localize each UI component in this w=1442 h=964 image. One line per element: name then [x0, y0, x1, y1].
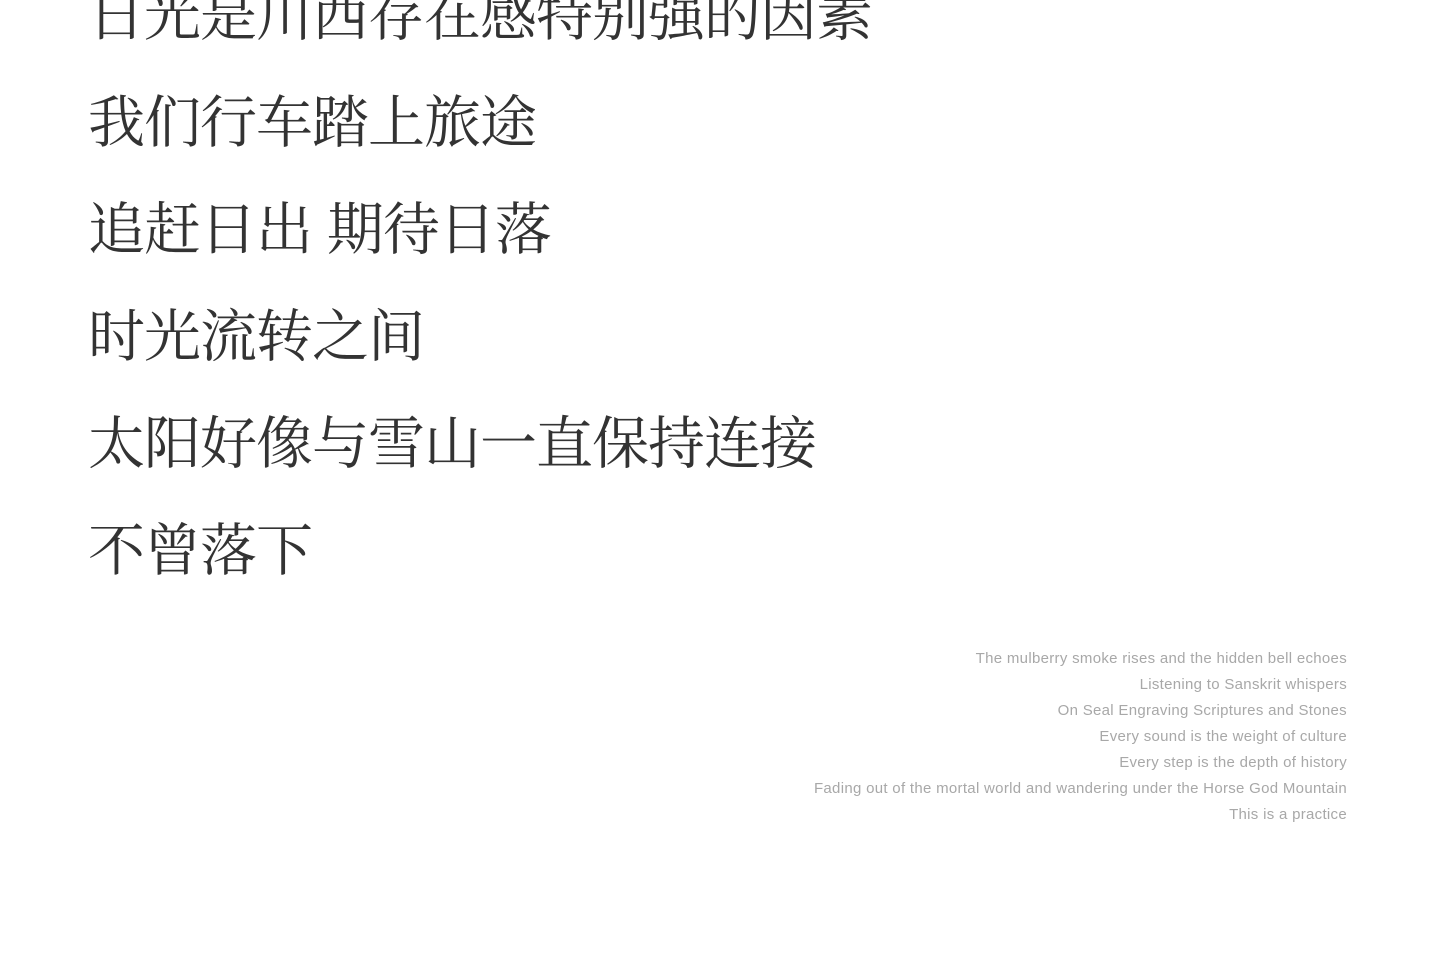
- english-translation-line-3: On Seal Engraving Scriptures and Stones: [814, 698, 1347, 724]
- document-page: 日光是川西存在感特别强的因素 我们行车踏上旅途 追赶日出 期待日落 时光流转之间…: [0, 0, 1442, 964]
- english-translation-line-1: The mulberry smoke rises and the hidden …: [814, 646, 1347, 672]
- chinese-poem-line-1: 日光是川西存在感特别强的因素: [88, 0, 872, 70]
- chinese-poem-line-6: 不曾落下: [88, 498, 872, 605]
- english-translation-line-5: Every step is the depth of history: [814, 750, 1347, 776]
- chinese-poem-line-2: 我们行车踏上旅途: [88, 70, 872, 177]
- chinese-poem-line-3: 追赶日出 期待日落: [88, 177, 872, 284]
- english-translation-line-2: Listening to Sanskrit whispers: [814, 672, 1347, 698]
- chinese-poem-block: 日光是川西存在感特别强的因素 我们行车踏上旅途 追赶日出 期待日落 时光流转之间…: [88, 0, 872, 605]
- english-translation-line-6: Fading out of the mortal world and wande…: [814, 776, 1347, 802]
- english-translation-line-7: This is a practice: [814, 802, 1347, 828]
- english-translation-block: The mulberry smoke rises and the hidden …: [814, 646, 1347, 828]
- chinese-poem-line-4: 时光流转之间: [88, 284, 872, 391]
- chinese-poem-line-5: 太阳好像与雪山一直保持连接: [88, 391, 872, 498]
- english-translation-line-4: Every sound is the weight of culture: [814, 724, 1347, 750]
